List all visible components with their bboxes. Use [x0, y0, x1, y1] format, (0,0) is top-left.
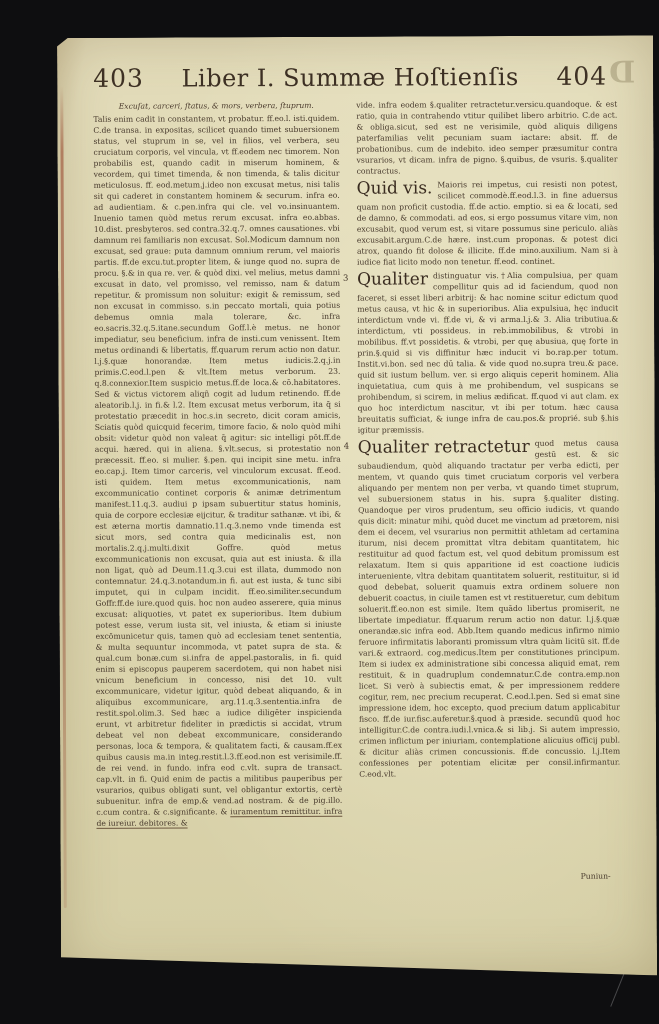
section-heading-qualiter: Qualiter — [357, 270, 433, 287]
section-body-qualiter: distinguatur vis.†Alia compulsiua, per q… — [357, 271, 619, 435]
continuation-paragraph: vide. infra eodem §.qualiter retractetur… — [356, 99, 617, 177]
section-body-qualiter-retractetur: quod metus causa gestū est. & sic subaud… — [358, 439, 620, 779]
section-qualiter-retractetur: 4 Qualiter retracteturquod metus causa g… — [358, 438, 620, 780]
page-title: Liber I. Summæ Hoſtienſis — [144, 63, 557, 93]
section-qualiter: 3 Qualiterdistinguatur vis.†Alia compuls… — [357, 270, 619, 436]
argument-head: Excuſat, carceri, ſtatus, & mors, verber… — [93, 100, 339, 112]
catchword: Puniun- — [581, 871, 611, 882]
book-page: 403 Liber I. Summæ Hoſtienſis 404 D Excu… — [57, 35, 657, 978]
section-heading-qualiter-retractetur: Qualiter retractetur — [358, 438, 535, 456]
right-column: vide. infra eodem §.qualiter retractetur… — [341, 99, 620, 898]
section-heading-quid-vis: Quid vis. — [357, 179, 438, 196]
left-column-text: Talis enim cadit in constantem, vt proba… — [93, 114, 342, 817]
folio-number-left: 403 — [93, 64, 144, 93]
folio-number-right: 404 — [556, 62, 607, 91]
ink-showthrough-letter: D — [607, 55, 635, 90]
section-quid-vis: Quid vis.Maioris rei impetus, cui resist… — [357, 179, 618, 268]
running-head: 403 Liber I. Summæ Hoſtienſis 404 D — [57, 35, 653, 93]
margin-paragraph-number-4: 4 — [344, 442, 349, 453]
left-column: Excuſat, carceri, ſtatus, & mors, verber… — [93, 100, 342, 899]
margin-paragraph-number-3: 3 — [343, 274, 348, 285]
text-columns: Excuſat, carceri, ſtatus, & mors, verber… — [57, 90, 657, 899]
